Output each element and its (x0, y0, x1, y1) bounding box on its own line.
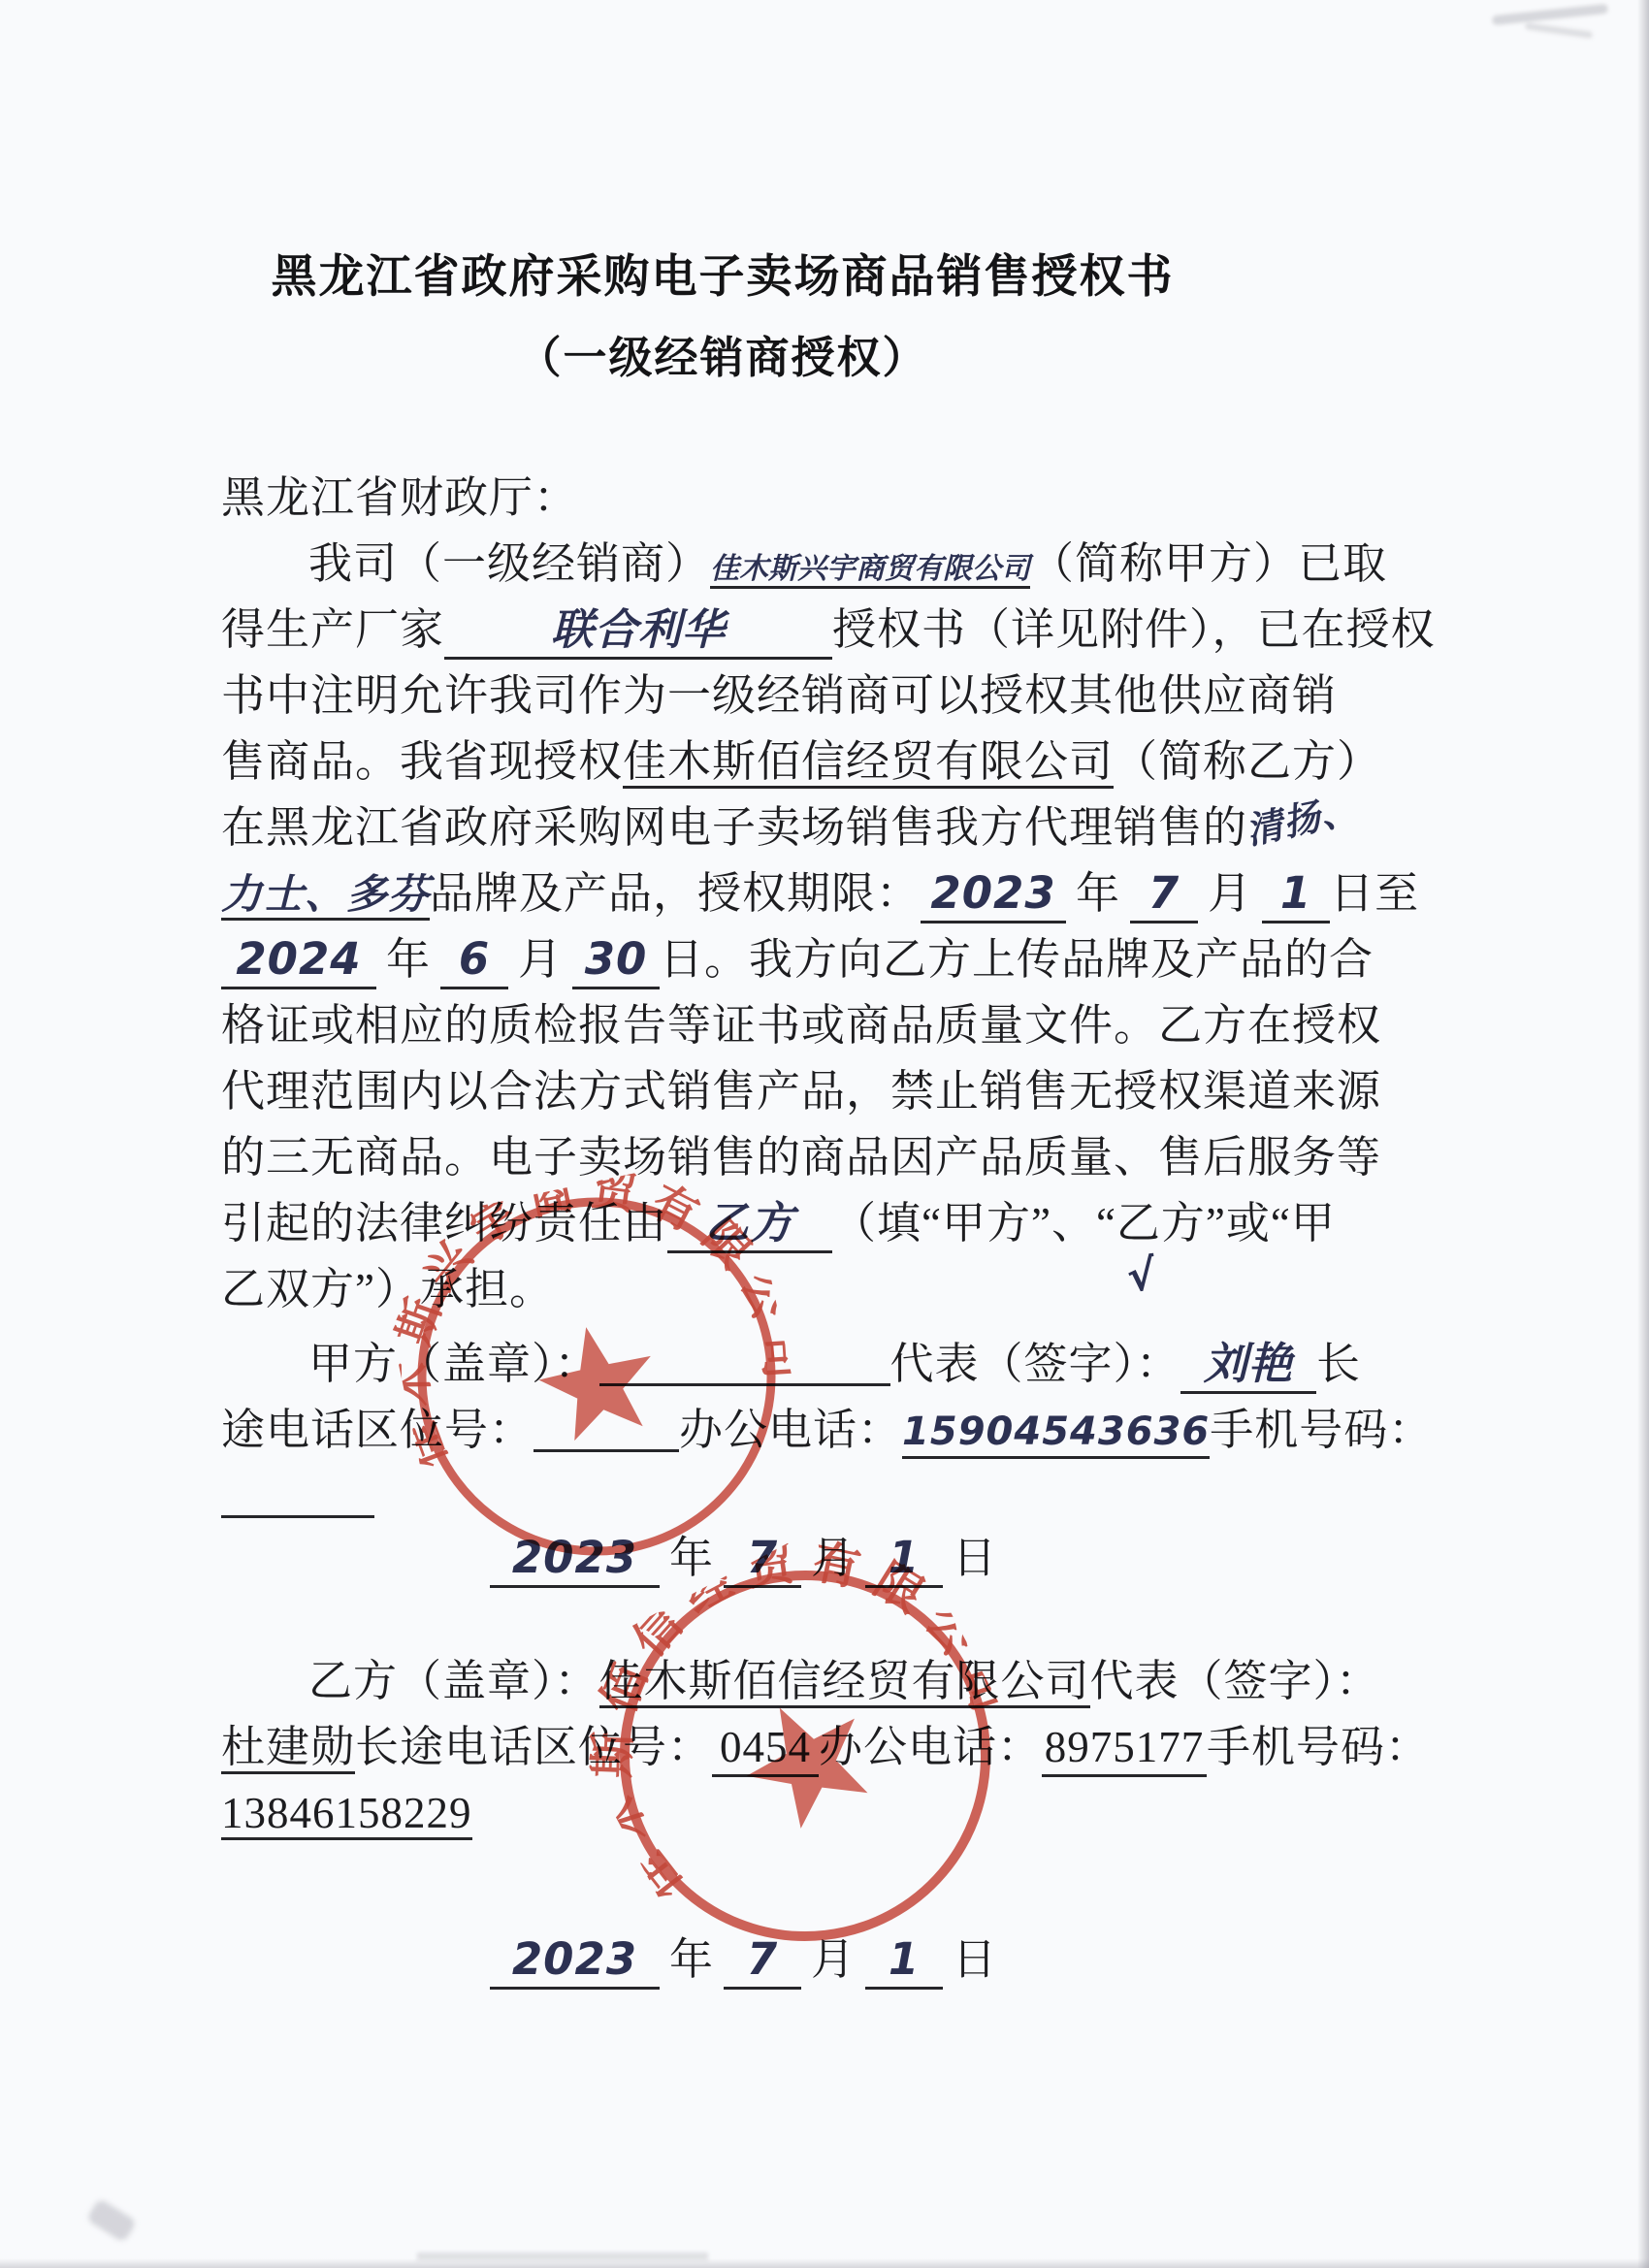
line3-printed-post: 授权书（详见附件），已在授权 (832, 605, 1436, 654)
seal-star-icon (530, 1315, 664, 1445)
line5-printed-pre: 售商品。我省现授权 (221, 737, 623, 786)
party-a-line-tail: 长 (1316, 1340, 1361, 1388)
line2-printed-pre: 我司（一级经销商） (308, 539, 710, 588)
party-b-company-printed: 佳木斯佰信经贸有限公司 (623, 737, 1114, 789)
scan-edge-bottom (0, 2258, 1649, 2268)
line6-printed: 在黑龙江省政府采购网电子卖场销售我方代理销售的 (221, 803, 1247, 852)
end-month-handwritten: 6 (440, 932, 508, 989)
year-label: 年 (386, 935, 431, 984)
body-line-10: 代理范围内以合法方式销售产品，禁止销售无授权渠道来源 (221, 1064, 1375, 1118)
party-b-office-phone: 8975177 (1042, 1720, 1207, 1777)
scan-edge-right (1637, 0, 1649, 2268)
end-day-handwritten: 30 (572, 932, 660, 989)
line12-printed-post: （填“甲方”、“乙方”或“甲 (832, 1199, 1336, 1247)
scan-artifact-top-right-2 (1525, 22, 1593, 39)
brands-handwritten: 力士、多芬 (221, 870, 430, 921)
line8-printed: 日。我方向乙方上传品牌及产品的合 (660, 935, 1374, 984)
body-line-8: 2024年6月30日。我方向乙方上传品牌及产品的合 (221, 932, 1375, 989)
document-subtitle: （一级经销商授权） (145, 322, 1300, 385)
start-year-handwritten: 2023 (921, 866, 1066, 923)
salutation: 黑龙江省财政厅： (221, 470, 1375, 525)
month-label: 月 (518, 935, 563, 984)
brand-handwritten-overflow: 清扬、 (1242, 787, 1362, 856)
party-b-date-day: 1 (865, 1932, 943, 1990)
day-label: 日 (953, 1935, 997, 1984)
scan-artifact-bottom (417, 2252, 708, 2260)
party-b-rep-label: 代表（签字）： (1090, 1657, 1381, 1705)
scan-artifact-top-right (1492, 4, 1608, 25)
party-a-company-handwritten: 佳木斯兴宇商贸有限公司 (710, 552, 1030, 589)
party-a-signature-handwritten: 刘艳 (1180, 1337, 1316, 1394)
party-b-date-year: 2023 (490, 1932, 660, 1990)
end-year-handwritten: 2024 (221, 932, 376, 989)
manufacturer-handwritten: 联合利华 (551, 605, 726, 655)
body-line-11: 的三无商品。电子卖场销售的商品因产品质量、售后服务等 (221, 1130, 1375, 1184)
body-line-3: 得生产厂家联合利华授权书（详见附件），已在授权 (221, 602, 1375, 660)
body-line-2: 我司（一级经销商）佳木斯兴宇商贸有限公司（简称甲方）已取 (221, 536, 1463, 591)
party-b-mobile-label: 手机号码： (1207, 1723, 1430, 1771)
line7-printed: 品牌及产品，授权期限： (430, 869, 921, 918)
body-line-5: 售商品。我省现授权佳木斯佰信经贸有限公司（简称乙方） (221, 734, 1375, 789)
document-title: 黑龙江省政府采购电子卖场商品销售授权书 (145, 241, 1300, 306)
start-day-handwritten: 1 (1262, 866, 1330, 923)
checkmark-handwritten: √ (1124, 1250, 1158, 1303)
party-b-mobile-number: 13846158229 (221, 1789, 472, 1840)
day-label: 日 (953, 1534, 997, 1582)
body-line-6: 在黑龙江省政府采购网电子卖场销售我方代理销售的清扬、 (221, 800, 1375, 855)
body-line-4: 书中注明允许我司作为一级经销商可以授权其他供应商销 (221, 668, 1375, 723)
scanned-authorization-letter: 黑龙江省政府采购电子卖场商品销售授权书 （一级经销商授权） 黑龙江省财政厅： 我… (0, 0, 1649, 2268)
line3-printed-pre: 得生产厂家 (221, 605, 444, 654)
party-a-office-phone-handwritten: 15904543636 (902, 1408, 1210, 1459)
scan-artifact-bottom-left (86, 2198, 138, 2243)
party-a-mobile-label: 手机号码： (1210, 1406, 1433, 1454)
year-label: 年 (1076, 869, 1120, 918)
day-to-label: 日至 (1330, 869, 1419, 918)
seal-star-icon (726, 1679, 889, 1839)
party-a-mobile-blank (221, 1472, 374, 1518)
party-b-rep-name: 杜建勋 (221, 1723, 355, 1774)
party-a-company-seal: 佳木斯兴宇商贸有限公司 (370, 1150, 823, 1603)
body-line-9: 格证或相应的质检报告等证书或商品质量文件。乙方在授权 (221, 998, 1375, 1053)
start-month-handwritten: 7 (1130, 866, 1198, 923)
body-line-7: 力士、多芬品牌及产品，授权期限：2023年7月1日至 (221, 866, 1375, 923)
line2-printed-post: （简称甲方）已取 (1030, 539, 1387, 588)
line5-printed-post: （简称乙方） (1114, 737, 1381, 786)
party-a-rep-label: 代表（签字）： (890, 1340, 1181, 1388)
month-label: 月 (1208, 869, 1252, 918)
